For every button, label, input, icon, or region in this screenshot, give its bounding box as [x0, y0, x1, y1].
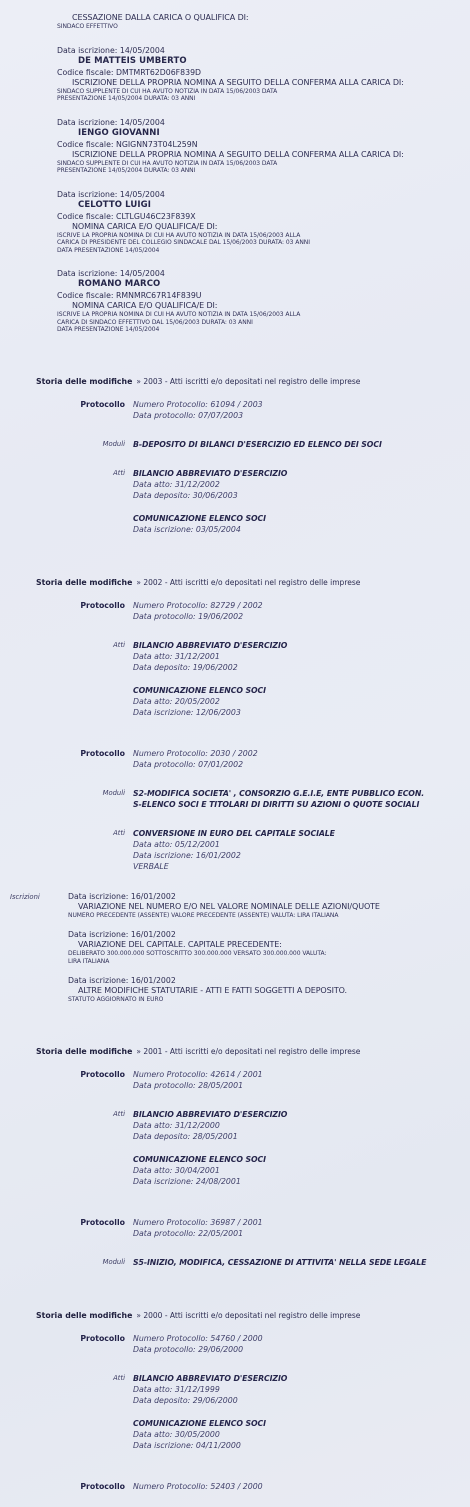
- person-action: NOMINA CARICA E/O QUALIFICA/E DI:: [72, 222, 470, 232]
- person-detail-line: DATA PRESENTAZIONE 14/05/2004: [57, 326, 470, 334]
- person-block: Data iscrizione: 14/05/2004 DE MATTEIS U…: [0, 45, 470, 103]
- entry-line: Numero Protocollo: 52403 / 2000: [133, 1481, 470, 1492]
- block-entries: BILANCIO ABBREVIATO D'ESERCIZIOData atto…: [133, 1373, 470, 1451]
- block-entry: Numero Protocollo: 36987 / 2001Data prot…: [133, 1217, 470, 1239]
- entry-line: Data protocollo: 28/05/2001: [133, 1080, 470, 1091]
- entry-title: BILANCIO ABBREVIATO D'ESERCIZIO: [133, 1373, 470, 1384]
- storia-block: ProtocolloNumero Protocollo: 36987 / 200…: [0, 1217, 470, 1239]
- block-entries: Numero Protocollo: 82729 / 2002Data prot…: [133, 600, 470, 622]
- storia-header-title: Storia delle modifiche: [36, 377, 132, 386]
- entry-line: Data atto: 30/04/2001: [133, 1165, 470, 1176]
- storia-block: ProtocolloNumero Protocollo: 2030 / 2002…: [0, 748, 470, 770]
- storia-block: AttiCONVERSIONE IN EURO DEL CAPITALE SOC…: [0, 828, 470, 872]
- storia-block: ModuliS5-INIZIO, MODIFICA, CESSAZIONE DI…: [0, 1257, 470, 1268]
- block-label-protocollo: Protocollo: [0, 1333, 125, 1355]
- block-entry: S2-MODIFICA SOCIETA' , CONSORZIO G.E.I.E…: [133, 788, 470, 810]
- block-label-atti: Atti: [0, 1109, 125, 1187]
- storia-block: ProtocolloNumero Protocollo: 52403 / 200…: [0, 1481, 470, 1492]
- iscrizioni-action: VARIAZIONE NEL NUMERO E/O NEL VALORE NOM…: [78, 902, 470, 912]
- cessazione-detail: SINDACO EFFETTIVO: [57, 23, 470, 31]
- storia-header-title: Storia delle modifiche: [36, 1311, 132, 1320]
- storia-header-rest: » 2000 - Atti iscritti e/o depositati ne…: [136, 1311, 360, 1320]
- storia-header: Storia delle modifiche» 2001 - Atti iscr…: [36, 1046, 470, 1057]
- block-entry: CONVERSIONE IN EURO DEL CAPITALE SOCIALE…: [133, 828, 470, 872]
- entry-line: Data protocollo: 07/07/2003: [133, 410, 470, 421]
- block-entries: Numero Protocollo: 2030 / 2002Data proto…: [133, 748, 470, 770]
- entry-line: Data iscrizione: 04/11/2000: [133, 1440, 470, 1451]
- block-entry: COMUNICAZIONE ELENCO SOCIData atto: 20/0…: [133, 685, 470, 718]
- entry-title: BILANCIO ABBREVIATO D'ESERCIZIO: [133, 1109, 470, 1120]
- block-entry: B-DEPOSITO DI BILANCI D'ESERCIZIO ED ELE…: [133, 439, 470, 450]
- entry-line: Data atto: 31/12/2002: [133, 479, 470, 490]
- person-block: Data iscrizione: 14/05/2004 CELOTTO LUIG…: [0, 189, 470, 255]
- entry-title: COMUNICAZIONE ELENCO SOCI: [133, 1418, 470, 1429]
- person-codice-fiscale: Codice fiscale: DMTMRT62D06F839D: [57, 67, 470, 78]
- entry-title: S2-MODIFICA SOCIETA' , CONSORZIO G.E.I.E…: [133, 788, 470, 799]
- entry-line: Data iscrizione: 16/01/2002: [133, 850, 470, 861]
- iscrizioni-date: Data iscrizione: 16/01/2002: [68, 929, 470, 940]
- entry-title: CONVERSIONE IN EURO DEL CAPITALE SOCIALE: [133, 828, 470, 839]
- block-entry: Numero Protocollo: 82729 / 2002Data prot…: [133, 600, 470, 622]
- block-label-atti: Atti: [0, 640, 125, 718]
- person-detail-line: PRESENTAZIONE 14/05/2004 DURATA: 03 ANNI: [57, 95, 470, 103]
- block-entry: Numero Protocollo: 52403 / 2000: [133, 1481, 470, 1492]
- person-block: Data iscrizione: 14/05/2004 ROMANO MARCO…: [0, 268, 470, 334]
- entry-line: Data protocollo: 07/01/2002: [133, 759, 470, 770]
- storia-block: ProtocolloNumero Protocollo: 82729 / 200…: [0, 600, 470, 622]
- iscrizioni-detail-line: LIRA ITALIANA: [68, 958, 470, 966]
- block-entry: Numero Protocollo: 42614 / 2001Data prot…: [133, 1069, 470, 1091]
- entry-line: Numero Protocollo: 61094 / 2003: [133, 399, 470, 410]
- person-action: ISCRIZIONE DELLA PROPRIA NOMINA A SEGUIT…: [72, 78, 470, 88]
- block-entry: COMUNICAZIONE ELENCO SOCIData iscrizione…: [133, 513, 470, 535]
- block-entries: BILANCIO ABBREVIATO D'ESERCIZIOData atto…: [133, 1109, 470, 1187]
- storia-header: Storia delle modifiche» 2000 - Atti iscr…: [36, 1310, 470, 1321]
- entry-line: Data atto: 05/12/2001: [133, 839, 470, 850]
- person-codice-fiscale: Codice fiscale: RMNMRC67R14F839U: [57, 290, 470, 301]
- block-label-protocollo: Protocollo: [0, 748, 125, 770]
- block-entry: COMUNICAZIONE ELENCO SOCIData atto: 30/0…: [133, 1418, 470, 1451]
- storia-header-rest: » 2001 - Atti iscritti e/o depositati ne…: [136, 1047, 360, 1056]
- entry-line: Data protocollo: 22/05/2001: [133, 1228, 470, 1239]
- entry-line: Data atto: 31/12/2000: [133, 1120, 470, 1131]
- block-label-moduli: Moduli: [0, 1257, 125, 1268]
- person-detail-line: CARICA DI SINDACO EFFETTIVO DAL 15/06/20…: [57, 319, 470, 327]
- person-action: NOMINA CARICA E/O QUALIFICA/E DI:: [72, 301, 470, 311]
- person-date: Data iscrizione: 14/05/2004: [57, 189, 470, 200]
- entry-title: COMUNICAZIONE ELENCO SOCI: [133, 1154, 470, 1165]
- block-entry: S5-INIZIO, MODIFICA, CESSAZIONE DI ATTIV…: [133, 1257, 470, 1268]
- block-entry: Numero Protocollo: 54760 / 2000Data prot…: [133, 1333, 470, 1355]
- block-entries: S2-MODIFICA SOCIETA' , CONSORZIO G.E.I.E…: [133, 788, 470, 810]
- person-action: ISCRIZIONE DELLA PROPRIA NOMINA A SEGUIT…: [72, 150, 470, 160]
- block-label-protocollo: Protocollo: [0, 600, 125, 622]
- entry-line: Data atto: 20/05/2002: [133, 696, 470, 707]
- storia-block: AttiBILANCIO ABBREVIATO D'ESERCIZIOData …: [0, 468, 470, 535]
- iscrizioni-action: VARIAZIONE DEL CAPITALE. CAPITALE PRECED…: [78, 940, 470, 950]
- person-detail-line: ISCRIVE LA PROPRIA NOMINA DI CUI HA AVUT…: [57, 232, 470, 240]
- entry-line: Data iscrizione: 03/05/2004: [133, 524, 470, 535]
- block-entries: CONVERSIONE IN EURO DEL CAPITALE SOCIALE…: [133, 828, 470, 872]
- entry-title: COMUNICAZIONE ELENCO SOCI: [133, 513, 470, 524]
- entry-title: S5-INIZIO, MODIFICA, CESSAZIONE DI ATTIV…: [133, 1257, 470, 1268]
- entry-line: Data iscrizione: 24/08/2001: [133, 1176, 470, 1187]
- block-label-atti: Atti: [0, 828, 125, 872]
- storia-header-rest: » 2002 - Atti iscritti e/o depositati ne…: [136, 578, 360, 587]
- entry-line: Numero Protocollo: 36987 / 2001: [133, 1217, 470, 1228]
- block-entry: BILANCIO ABBREVIATO D'ESERCIZIOData atto…: [133, 640, 470, 673]
- storia-block: ProtocolloNumero Protocollo: 42614 / 200…: [0, 1069, 470, 1091]
- storia-section-2002: Storia delle modifiche» 2002 - Atti iscr…: [0, 577, 470, 872]
- block-entries: Numero Protocollo: 52403 / 2000: [133, 1481, 470, 1492]
- block-entries: Numero Protocollo: 54760 / 2000Data prot…: [133, 1333, 470, 1355]
- block-entries: Numero Protocollo: 61094 / 2003Data prot…: [133, 399, 470, 421]
- entry-title: BILANCIO ABBREVIATO D'ESERCIZIO: [133, 640, 470, 651]
- cessazione-block: CESSAZIONE DALLA CARICA O QUALIFICA DI: …: [0, 13, 470, 31]
- entry-line: Data atto: 30/05/2000: [133, 1429, 470, 1440]
- iscrizioni-entry: Data iscrizione: 16/01/2002 ALTRE MODIFI…: [0, 975, 470, 1004]
- iscrizioni-entry: Data iscrizione: 16/01/2002 VARIAZIONE N…: [0, 891, 470, 920]
- block-label-protocollo: Protocollo: [0, 399, 125, 421]
- entry-line: Data atto: 31/12/1999: [133, 1384, 470, 1395]
- storia-header-title: Storia delle modifiche: [36, 1047, 132, 1056]
- entry-title: BILANCIO ABBREVIATO D'ESERCIZIO: [133, 468, 470, 479]
- iscrizioni-date: Data iscrizione: 16/01/2002: [68, 975, 470, 986]
- entry-line: Numero Protocollo: 2030 / 2002: [133, 748, 470, 759]
- block-entries: Numero Protocollo: 36987 / 2001Data prot…: [133, 1217, 470, 1239]
- entry-line: Data atto: 31/12/2001: [133, 651, 470, 662]
- storia-block: AttiBILANCIO ABBREVIATO D'ESERCIZIOData …: [0, 1373, 470, 1451]
- block-entry: BILANCIO ABBREVIATO D'ESERCIZIOData atto…: [133, 468, 470, 501]
- block-entry: Numero Protocollo: 61094 / 2003Data prot…: [133, 399, 470, 421]
- iscrizioni-detail-line: STATUTO AGGIORNATO IN EURO: [68, 996, 470, 1004]
- block-label-atti: Atti: [0, 468, 125, 535]
- storia-section-2001: Storia delle modifiche» 2001 - Atti iscr…: [0, 1046, 470, 1268]
- entry-line: Data deposito: 30/06/2003: [133, 490, 470, 501]
- entry-title: B-DEPOSITO DI BILANCI D'ESERCIZIO ED ELE…: [133, 439, 470, 450]
- storia-section-2003: Storia delle modifiche» 2003 - Atti iscr…: [0, 376, 470, 535]
- block-entry: BILANCIO ABBREVIATO D'ESERCIZIOData atto…: [133, 1373, 470, 1406]
- storia-block: ProtocolloNumero Protocollo: 61094 / 200…: [0, 399, 470, 421]
- entry-line: Data deposito: 19/06/2002: [133, 662, 470, 673]
- block-label-protocollo: Protocollo: [0, 1481, 125, 1492]
- iscrizioni-section: Iscrizioni Data iscrizione: 16/01/2002 V…: [0, 891, 470, 1004]
- block-entry: COMUNICAZIONE ELENCO SOCIData atto: 30/0…: [133, 1154, 470, 1187]
- storia-header-title: Storia delle modifiche: [36, 578, 132, 587]
- entry-line: Numero Protocollo: 42614 / 2001: [133, 1069, 470, 1080]
- cessazione-title: CESSAZIONE DALLA CARICA O QUALIFICA DI:: [72, 13, 470, 23]
- block-entries: BILANCIO ABBREVIATO D'ESERCIZIOData atto…: [133, 468, 470, 535]
- storia-header: Storia delle modifiche» 2003 - Atti iscr…: [36, 376, 470, 387]
- person-name: CELOTTO LUIGI: [78, 200, 470, 211]
- person-detail-line: CARICA DI PRESIDENTE DEL COLLEGIO SINDAC…: [57, 239, 470, 247]
- block-label-moduli: Moduli: [0, 788, 125, 810]
- person-block: Data iscrizione: 14/05/2004 IENGO GIOVAN…: [0, 117, 470, 175]
- person-detail-line: DATA PRESENTAZIONE 14/05/2004: [57, 247, 470, 255]
- iscrizioni-date: Data iscrizione: 16/01/2002: [68, 891, 470, 902]
- entry-line: Data deposito: 28/05/2001: [133, 1131, 470, 1142]
- entry-line: Numero Protocollo: 82729 / 2002: [133, 600, 470, 611]
- document-page: CESSAZIONE DALLA CARICA O QUALIFICA DI: …: [0, 0, 470, 1507]
- person-name: DE MATTEIS UMBERTO: [78, 56, 470, 67]
- storia-block: ModuliS2-MODIFICA SOCIETA' , CONSORZIO G…: [0, 788, 470, 810]
- entry-title: S-ELENCO SOCI E TITOLARI DI DIRITTI SU A…: [133, 799, 470, 810]
- person-name: ROMANO MARCO: [78, 279, 470, 290]
- person-date: Data iscrizione: 14/05/2004: [57, 45, 470, 56]
- entry-line: Data deposito: 29/06/2000: [133, 1395, 470, 1406]
- block-label-protocollo: Protocollo: [0, 1069, 125, 1091]
- storia-header-rest: » 2003 - Atti iscritti e/o depositati ne…: [136, 377, 360, 386]
- entry-line: VERBALE: [133, 861, 470, 872]
- block-entry: BILANCIO ABBREVIATO D'ESERCIZIOData atto…: [133, 1109, 470, 1142]
- iscrizioni-detail-line: DELIBERATO 300.000.000 SOTTOSCRITTO 300.…: [68, 950, 470, 958]
- block-entries: Numero Protocollo: 42614 / 2001Data prot…: [133, 1069, 470, 1091]
- person-detail-line: SINDACO SUPPLENTE DI CUI HA AVUTO NOTIZI…: [57, 88, 470, 96]
- entry-title: COMUNICAZIONE ELENCO SOCI: [133, 685, 470, 696]
- block-label-protocollo: Protocollo: [0, 1217, 125, 1239]
- block-entries: BILANCIO ABBREVIATO D'ESERCIZIOData atto…: [133, 640, 470, 718]
- person-date: Data iscrizione: 14/05/2004: [57, 117, 470, 128]
- person-detail-line: ISCRIVE LA PROPRIA NOMINA DI CUI HA AVUT…: [57, 311, 470, 319]
- person-codice-fiscale: Codice fiscale: NGIGNN73T04L259N: [57, 139, 470, 150]
- entry-line: Numero Protocollo: 54760 / 2000: [133, 1333, 470, 1344]
- person-date: Data iscrizione: 14/05/2004: [57, 268, 470, 279]
- storia-block: ProtocolloNumero Protocollo: 54760 / 200…: [0, 1333, 470, 1355]
- block-entries: S5-INIZIO, MODIFICA, CESSAZIONE DI ATTIV…: [133, 1257, 470, 1268]
- block-label-moduli: Moduli: [0, 439, 125, 450]
- storia-block: AttiBILANCIO ABBREVIATO D'ESERCIZIOData …: [0, 640, 470, 718]
- person-detail-line: PRESENTAZIONE 14/05/2004 DURATA: 03 ANNI: [57, 167, 470, 175]
- storia-block: AttiBILANCIO ABBREVIATO D'ESERCIZIOData …: [0, 1109, 470, 1187]
- block-label-atti: Atti: [0, 1373, 125, 1451]
- person-name: IENGO GIOVANNI: [78, 128, 470, 139]
- iscrizioni-action: ALTRE MODIFICHE STATUTARIE - ATTI E FATT…: [78, 986, 470, 996]
- storia-header: Storia delle modifiche» 2002 - Atti iscr…: [36, 577, 470, 588]
- storia-block: ModuliB-DEPOSITO DI BILANCI D'ESERCIZIO …: [0, 439, 470, 450]
- block-entry: Numero Protocollo: 2030 / 2002Data proto…: [133, 748, 470, 770]
- storia-section-2000: Storia delle modifiche» 2000 - Atti iscr…: [0, 1310, 470, 1492]
- block-entries: B-DEPOSITO DI BILANCI D'ESERCIZIO ED ELE…: [133, 439, 470, 450]
- entry-line: Data iscrizione: 12/06/2003: [133, 707, 470, 718]
- entry-line: Data protocollo: 19/06/2002: [133, 611, 470, 622]
- iscrizioni-detail-line: NUMERO PRECEDENTE (ASSENTE) VALORE PRECE…: [68, 912, 470, 920]
- entry-line: Data protocollo: 29/06/2000: [133, 1344, 470, 1355]
- person-codice-fiscale: Codice fiscale: CLTLGU46C23F839X: [57, 211, 470, 222]
- iscrizioni-margin-label: Iscrizioni: [10, 893, 40, 901]
- iscrizioni-entry: Data iscrizione: 16/01/2002 VARIAZIONE D…: [0, 929, 470, 965]
- person-detail-line: SINDACO SUPPLENTE DI CUI HA AVUTO NOTIZI…: [57, 160, 470, 168]
